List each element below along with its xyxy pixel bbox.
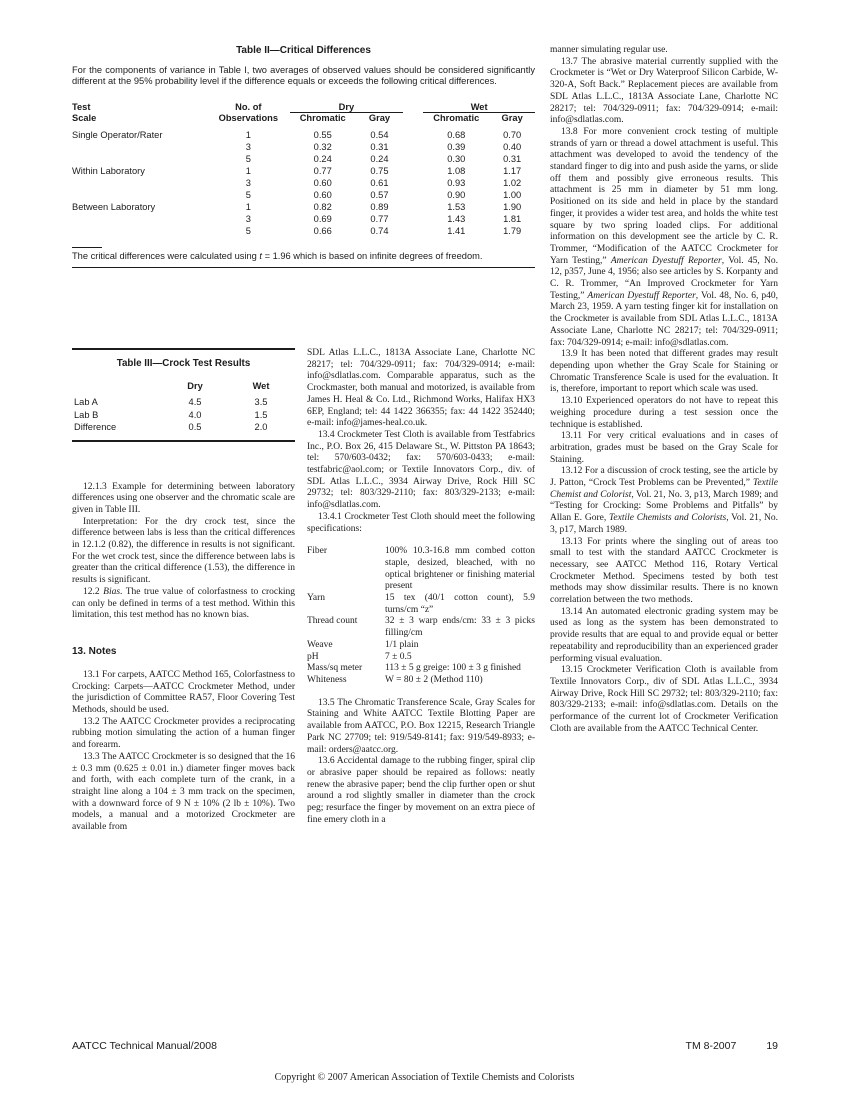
cell-dry-chromatic: 0.60 [290, 189, 356, 201]
footer-right-group: TM 8-2007 19 [686, 1040, 778, 1052]
table-row: Between Laboratory 1 0.82 0.89 1.53 1.90 [72, 201, 535, 213]
column-spacer [403, 153, 423, 165]
cell-dry-gray: 0.61 [356, 177, 403, 189]
cell-wet-chromatic: 1.43 [423, 213, 489, 225]
table-ii-footnote: The critical differences were calculated… [72, 251, 535, 262]
spec-label: pH [307, 652, 385, 664]
table-ii-critical-differences: Table II—Critical Differences For the co… [72, 45, 535, 268]
cell-dry-chromatic: 0.24 [290, 153, 356, 165]
cell-observations: 1 [207, 165, 290, 177]
cell-dry-gray: 0.31 [356, 141, 403, 153]
spec-label: Mass/sq meter [307, 663, 385, 675]
col-group-wet: Wet [423, 102, 535, 113]
cell-dry: 4.0 [162, 409, 228, 422]
spec-label: Thread count [307, 616, 385, 639]
paragraph-13-15: 13.15 Crockmeter Verification Cloth is a… [550, 665, 778, 735]
cell-dry-chromatic: 0.55 [290, 129, 356, 141]
col-header-test: Test [72, 102, 207, 113]
cell-wet-gray: 0.70 [489, 129, 535, 141]
table-row: Single Operator/Rater 1 0.55 0.54 0.68 0… [72, 129, 535, 141]
table-iii-title: Table III—Crock Test Results [74, 358, 293, 369]
cell-dry-gray: 0.54 [356, 129, 403, 141]
table-ii-title: Table II—Critical Differences [72, 45, 535, 56]
cell-wet-gray: 1.00 [489, 189, 535, 201]
table-row: 3 0.60 0.61 0.93 1.02 [72, 177, 535, 189]
cell-observations: 5 [207, 189, 290, 201]
spec-value: W = 80 ± 2 (Method 110) [385, 675, 535, 687]
right-text-column: manner simulating regular use. 13.7 The … [550, 45, 778, 1013]
spec-label: Yarn [307, 593, 385, 616]
page-footer: AATCC Technical Manual/2008 TM 8-2007 19 [72, 1040, 778, 1052]
column-spacer [403, 201, 423, 213]
paragraph-13-5: 13.5 The Chromatic Transference Scale, G… [307, 698, 535, 757]
row-label: Lab A [74, 396, 162, 409]
paragraph-13-1: 13.1 For carpets, AATCC Method 165, Colo… [72, 670, 295, 717]
cell-scale [72, 213, 207, 225]
table-ii-bottom-rule [72, 267, 535, 268]
spec-label: Whiteness [307, 675, 385, 687]
table-iii-crock-test-results: Table III—Crock Test Results Dry Wet Lab… [72, 348, 295, 442]
document-page: Table II—Critical Differences For the co… [0, 0, 849, 1100]
column-spacer [403, 141, 423, 153]
table-row: 5 0.24 0.24 0.30 0.31 [72, 153, 535, 165]
col-header-wet-gray: Gray [489, 112, 535, 123]
table-row: 3 0.32 0.31 0.39 0.40 [72, 141, 535, 153]
cell-wet-gray: 1.17 [489, 165, 535, 177]
spec-value: 7 ± 0.5 [385, 652, 535, 664]
col-header-dry: Dry [162, 381, 228, 396]
table-ii-header-row-2: Scale Observations Chromatic Gray Chroma… [72, 112, 535, 123]
copyright-line: Copyright © 2007 American Association of… [0, 1072, 849, 1083]
cell-scale [72, 225, 207, 237]
cell-wet-gray: 0.31 [489, 153, 535, 165]
column-spacer [403, 165, 423, 177]
cell-wet-chromatic: 1.08 [423, 165, 489, 177]
paragraph-13-6-continued: manner simulating regular use. [550, 45, 778, 57]
footer-manual-title: AATCC Technical Manual/2008 [72, 1040, 217, 1052]
cell-dry-gray: 0.24 [356, 153, 403, 165]
table-row: 3 0.69 0.77 1.43 1.81 [72, 213, 535, 225]
table-row: Within Laboratory 1 0.77 0.75 1.08 1.17 [72, 165, 535, 177]
test-cloth-spec-list: Fiber 100% 10.3-16.8 mm combed cotton st… [307, 546, 535, 686]
table-row: 5 0.60 0.57 0.90 1.00 [72, 189, 535, 201]
col-header-observations: Observations [207, 112, 290, 123]
paragraph-13-3: 13.3 The AATCC Crockmeter is so designed… [72, 752, 295, 834]
paragraph-13-7: 13.7 The abrasive material currently sup… [550, 57, 778, 127]
paragraph-13-4: 13.4 Crockmeter Test Cloth is available … [307, 430, 535, 512]
middle-text-column: SDL Atlas L.L.C., 1813A Associate Lane, … [307, 348, 535, 1012]
left-text-column: Table III—Crock Test Results Dry Wet Lab… [72, 348, 295, 1012]
column-spacer [403, 102, 423, 113]
cell-dry: 0.5 [162, 421, 228, 434]
cell-wet: 2.0 [228, 421, 294, 434]
cell-dry-gray: 0.75 [356, 165, 403, 177]
cell-wet-chromatic: 1.41 [423, 225, 489, 237]
column-spacer [403, 225, 423, 237]
paragraph-13-9: 13.9 It has been noted that different gr… [550, 349, 778, 396]
cell-wet: 3.5 [228, 396, 294, 409]
cell-wet: 1.5 [228, 409, 294, 422]
paragraph-13-12: 13.12 For a discussion of crock testing,… [550, 466, 778, 536]
cell-scale: Within Laboratory [72, 165, 207, 177]
cell-wet-gray: 1.90 [489, 201, 535, 213]
cell-wet-gray: 1.81 [489, 213, 535, 225]
cell-scale: Single Operator/Rater [72, 129, 207, 141]
cell-observations: 3 [207, 141, 290, 153]
table-iii: Dry Wet Lab A 4.5 3.5 Lab B 4.0 1.5 Diff… [74, 381, 293, 434]
cell-observations: 1 [207, 129, 290, 141]
footer-page-number: 19 [766, 1040, 778, 1052]
cell-dry-gray: 0.57 [356, 189, 403, 201]
spec-value: 15 tex (40/1 cotton count), 5.9 turns/cm… [385, 593, 535, 616]
footer-doc-code: TM 8-2007 [686, 1040, 737, 1052]
cell-observations: 5 [207, 153, 290, 165]
spec-value: 1/1 plain [385, 640, 535, 652]
row-label: Lab B [74, 409, 162, 422]
spec-label: Fiber [307, 546, 385, 593]
col-group-dry: Dry [290, 102, 404, 113]
cell-dry-chromatic: 0.32 [290, 141, 356, 153]
col-header-scale: Scale [72, 112, 207, 123]
cell-dry-gray: 0.89 [356, 201, 403, 213]
paragraph-13-2: 13.2 The AATCC Crockmeter provides a rec… [72, 717, 295, 752]
paragraph-13-6: 13.6 Accidental damage to the rubbing fi… [307, 756, 535, 826]
cell-wet-gray: 0.40 [489, 141, 535, 153]
col-header-wet: Wet [228, 381, 294, 396]
footnote-separator [72, 247, 102, 248]
cell-scale: Between Laboratory [72, 201, 207, 213]
cell-wet-chromatic: 0.68 [423, 129, 489, 141]
table-ii-header-row-1: Test No. of Dry Wet [72, 102, 535, 113]
cell-wet-chromatic: 0.30 [423, 153, 489, 165]
paragraph-13-10: 13.10 Experienced operators do not have … [550, 396, 778, 431]
cell-dry: 4.5 [162, 396, 228, 409]
cell-wet-gray: 1.79 [489, 225, 535, 237]
spec-value: 113 ± 5 g greige: 100 ± 3 g finished [385, 663, 535, 675]
spec-value: 100% 10.3-16.8 mm combed cotton staple, … [385, 546, 535, 593]
table-ii-intro: For the components of variance in Table … [72, 65, 535, 88]
paragraph-13-11: 13.11 For very critical evaluations and … [550, 431, 778, 466]
cell-dry-gray: 0.77 [356, 213, 403, 225]
cell-dry-chromatic: 0.66 [290, 225, 356, 237]
column-spacer [403, 177, 423, 189]
cell-scale [72, 177, 207, 189]
paragraph-12-1-3: 12.1.3 Example for determining between l… [72, 482, 295, 517]
cell-dry-gray: 0.74 [356, 225, 403, 237]
row-label: Difference [74, 421, 162, 434]
cell-wet-chromatic: 1.53 [423, 201, 489, 213]
section-heading-notes: 13. Notes [72, 646, 295, 657]
paragraph-13-4-1: 13.4.1 Crockmeter Test Cloth should meet… [307, 512, 535, 535]
table-row: 5 0.66 0.74 1.41 1.79 [72, 225, 535, 237]
cell-observations: 1 [207, 201, 290, 213]
spec-value: 32 ± 3 warp ends/cm: 33 ± 3 picks fillin… [385, 616, 535, 639]
cell-observations: 3 [207, 177, 290, 189]
table-ii: Test No. of Dry Wet Scale Observations C… [72, 102, 535, 237]
spec-label: Weave [307, 640, 385, 652]
col-header-dry-chromatic: Chromatic [290, 112, 356, 123]
paragraph-13-3-continued: SDL Atlas L.L.C., 1813A Associate Lane, … [307, 348, 535, 430]
cell-dry-chromatic: 0.82 [290, 201, 356, 213]
cell-dry-chromatic: 0.77 [290, 165, 356, 177]
column-spacer [403, 189, 423, 201]
cell-dry-chromatic: 0.60 [290, 177, 356, 189]
empty-header-cell [74, 381, 162, 396]
col-header-no-of: No. of [207, 102, 290, 113]
column-spacer [403, 129, 423, 141]
cell-observations: 3 [207, 213, 290, 225]
paragraph-interpretation: Interpretation: For the dry crock test, … [72, 517, 295, 587]
cell-scale [72, 141, 207, 153]
cell-scale [72, 189, 207, 201]
cell-wet-chromatic: 0.39 [423, 141, 489, 153]
paragraph-13-14: 13.14 An automated electronic grading sy… [550, 607, 778, 666]
paragraph-13-13: 13.13 For prints where the singling out … [550, 537, 778, 607]
paragraph-12-2-bias: 12.2 Bias. The true value of colorfastne… [72, 587, 295, 622]
cell-wet-chromatic: 0.90 [423, 189, 489, 201]
cell-dry-chromatic: 0.69 [290, 213, 356, 225]
paragraph-13-8: 13.8 For more convenient crock testing o… [550, 127, 778, 349]
cell-wet-gray: 1.02 [489, 177, 535, 189]
cell-wet-chromatic: 0.93 [423, 177, 489, 189]
column-spacer [403, 112, 423, 123]
col-header-dry-gray: Gray [356, 112, 403, 123]
col-header-wet-chromatic: Chromatic [423, 112, 489, 123]
cell-scale [72, 153, 207, 165]
column-spacer [403, 213, 423, 225]
cell-observations: 5 [207, 225, 290, 237]
